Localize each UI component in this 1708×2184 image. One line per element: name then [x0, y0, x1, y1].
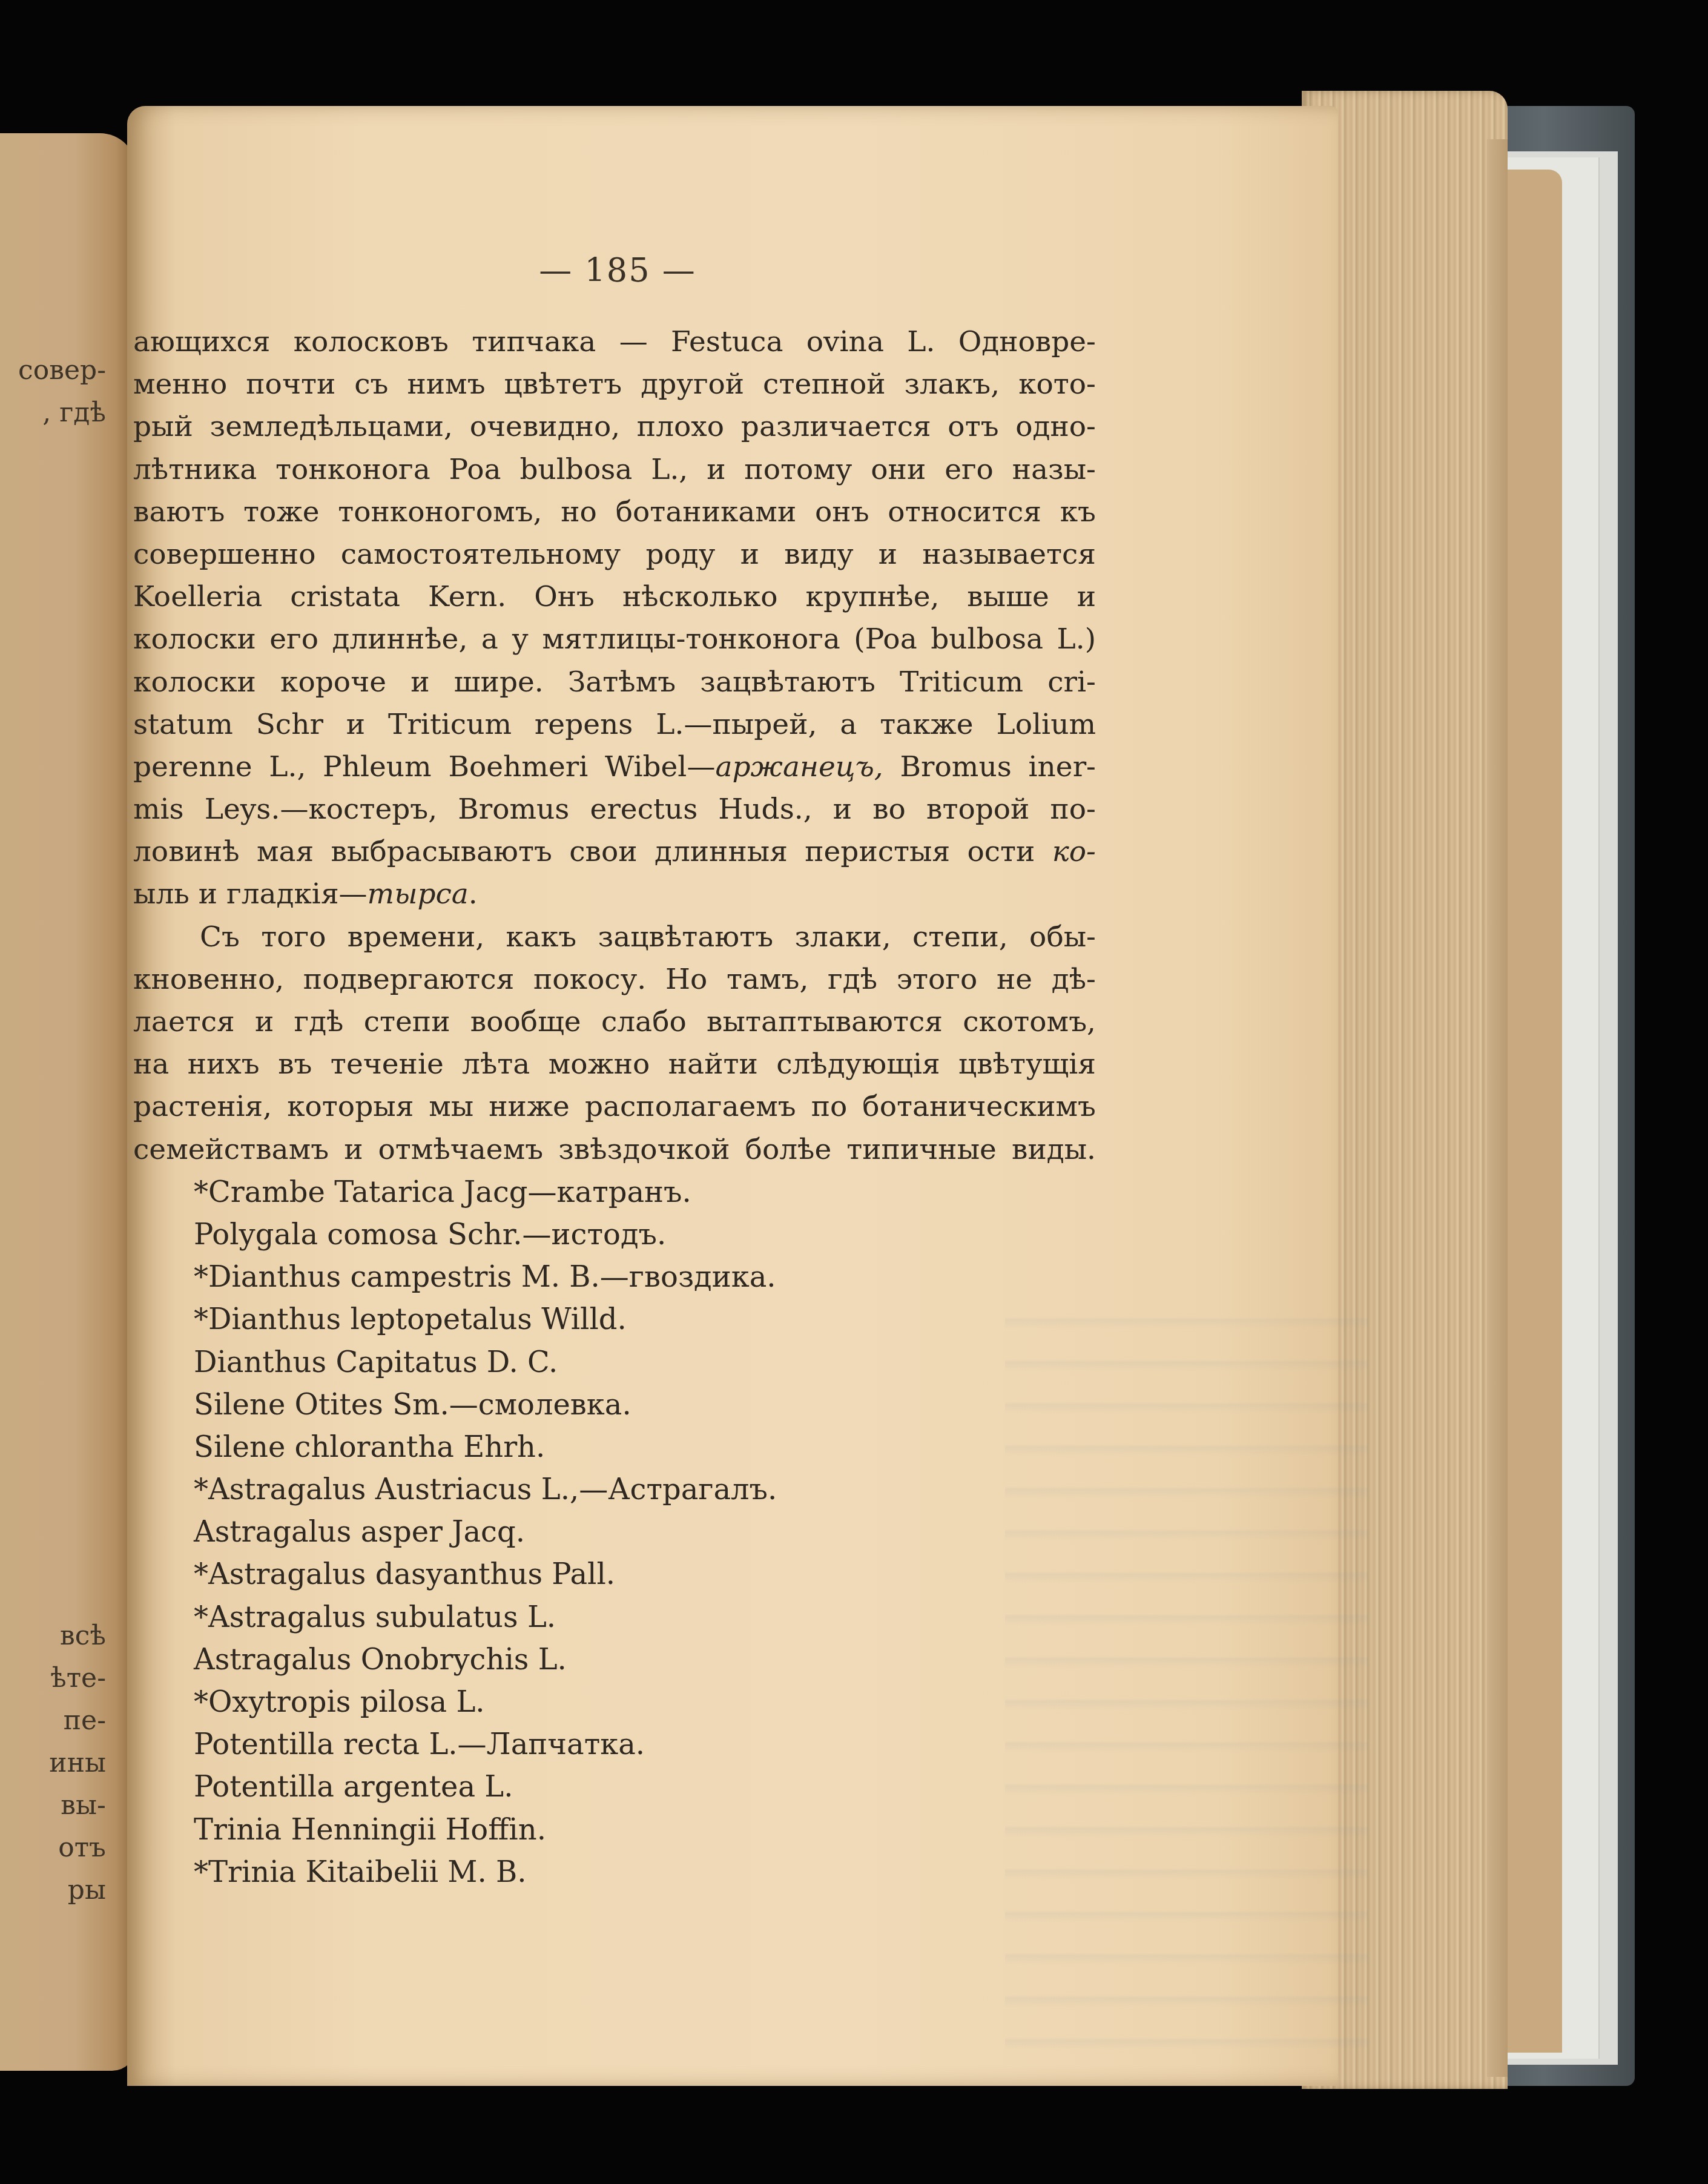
list-item: Potentilla argentea L.: [133, 1766, 1096, 1808]
text-line: колоски его длиннѣе, а у мятлицы-тонконо…: [133, 618, 1096, 661]
list-item: *Trinia Kitaibelii M. B.: [133, 1851, 1096, 1893]
list-item: *Crambe Tatarica Jacg—катранъ.: [133, 1171, 1096, 1213]
text-line: perenne L., Phleum Boehmeri Wibel—аржане…: [133, 746, 1096, 788]
text-line: совершенно самостоятельному роду и виду …: [133, 533, 1096, 576]
left-fragment: ры: [68, 1877, 106, 1904]
left-fragment: ѣте-: [50, 1665, 106, 1692]
italic-term: ко-: [1052, 835, 1096, 868]
list-item: *Astragalus subulatus L.: [133, 1596, 1096, 1638]
list-item: *Oxytropis pilosa L.: [133, 1681, 1096, 1723]
list-item: Polygala comosa Schr.—истодъ.: [133, 1213, 1096, 1256]
text-line: рый земледѣльцами, очевидно, плохо разли…: [133, 406, 1096, 448]
left-fragment: совер-: [18, 357, 106, 384]
text-line: ваютъ тоже тонконогомъ, но ботаниками он…: [133, 491, 1096, 533]
list-item: Potentilla recta L.—Лапчатка.: [133, 1723, 1096, 1766]
paragraph-1: ающихся колосковъ типчака — Festuca ovin…: [133, 321, 1096, 916]
text-line: растенія, которыя мы ниже располагаемъ п…: [133, 1086, 1096, 1128]
list-item: Astragalus asper Jacq.: [133, 1511, 1096, 1553]
text-line: ловинѣ мая выбрасываютъ свои длинныя пер…: [133, 831, 1096, 873]
text-line: statum Schr и Triticum repens L.—пырей, …: [133, 704, 1096, 746]
text-line: mis Leys.—костеръ, Bromus erectus Huds.,…: [133, 788, 1096, 831]
left-fragment: всѣ: [60, 1623, 106, 1649]
text-line: Съ того времени, какъ зацвѣтаютъ злаки, …: [133, 916, 1096, 958]
italic-term: аржанецъ,: [715, 750, 883, 784]
text-line: на нихъ въ теченіе лѣта можно найти слѣд…: [133, 1043, 1096, 1086]
list-item: Silene chlorantha Ehrh.: [133, 1426, 1096, 1468]
paragraph-2: Съ того времени, какъ зацвѣтаютъ злаки, …: [133, 916, 1096, 1171]
text-line: ающихся колосковъ типчака — Festuca ovin…: [133, 321, 1096, 363]
left-fragment: пе-: [64, 1707, 106, 1734]
list-item: Astragalus Onobrychis L.: [133, 1638, 1096, 1681]
left-fragment: вы-: [61, 1792, 106, 1819]
text-run: ыль и гладкія—: [133, 877, 368, 911]
text-run: Bromus iner-: [883, 750, 1096, 784]
list-item: *Astragalus dasyanthus Pall.: [133, 1553, 1096, 1595]
species-list: *Crambe Tatarica Jacg—катранъ. Polygala …: [133, 1171, 1096, 1893]
list-item: Dianthus Capitatus D. C.: [133, 1341, 1096, 1384]
text-line: Koelleria cristata Kern. Онъ нѣсколько к…: [133, 576, 1096, 618]
text-line: менно почти съ нимъ цвѣтетъ другой степн…: [133, 363, 1096, 406]
text-line: лѣтника тонконога Poa bulbosa L., и пото…: [133, 449, 1096, 491]
italic-term: тырса: [368, 877, 469, 911]
text-line: семействамъ и отмѣчаемъ звѣздочкой болѣе…: [133, 1129, 1096, 1171]
text-run: ловинѣ мая выбрасываютъ свои длинныя пер…: [133, 835, 1052, 868]
left-fragment: , гдѣ: [42, 400, 106, 426]
text-line: кновенно, подвергаются покосу. Но тамъ, …: [133, 958, 1096, 1001]
text-run: .: [469, 877, 478, 911]
page-number: — 185 —: [496, 251, 739, 289]
text-line: лается и гдѣ степи вообще слабо вытаптыв…: [133, 1001, 1096, 1043]
list-item: *Astragalus Austriacus L.,—Астрагалъ.: [133, 1468, 1096, 1511]
text-line: ыль и гладкія—тырса.: [133, 873, 1096, 915]
page-body: ающихся колосковъ типчака — Festuca ovin…: [133, 321, 1096, 1893]
list-item: Silene Otites Sm.—смолевка.: [133, 1384, 1096, 1426]
left-fragment: ины: [49, 1750, 106, 1777]
list-item: Trinia Henningii Hoffin.: [133, 1809, 1096, 1851]
list-item: *Dianthus leptopetalus Willd.: [133, 1298, 1096, 1341]
list-item: *Dianthus campestris M. B.—гвоздика.: [133, 1256, 1096, 1298]
text-line: колоски короче и шире. Затѣмъ зацвѣтаютъ…: [133, 661, 1096, 704]
text-run: perenne L., Phleum Boehmeri Wibel—: [133, 750, 715, 784]
left-page: совер- , гдѣ всѣ ѣте- пе- ины вы- отъ ры: [0, 133, 136, 2071]
left-fragment: отъ: [58, 1835, 106, 1861]
